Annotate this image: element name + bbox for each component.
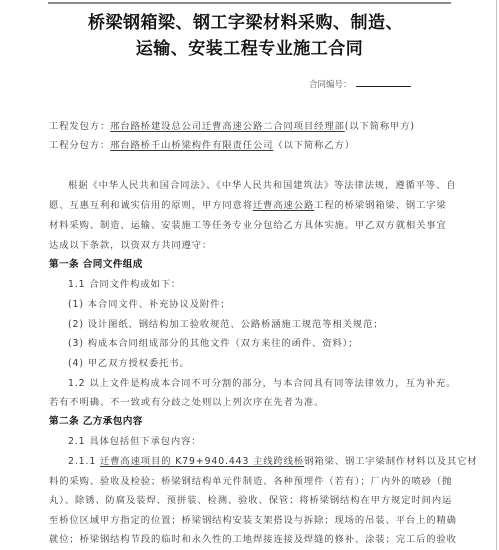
page-right-edge xyxy=(496,0,497,550)
clause-1-2-line-1: 1.2 以上文件是构成本合同不可分割的部分，与本合同具有同等法律效力，互为补充。 xyxy=(68,375,456,389)
contract-number-blank xyxy=(356,79,411,87)
clause-2-1: 2.1 具体包括但下承包内容： xyxy=(68,433,202,447)
preamble-line-1: 根据《中华人民共和国合同法》、《中华人民共和国建筑法》等法律法规，遵循平等、自 xyxy=(68,177,456,191)
article-1-heading: 第一条 合同文件组成 xyxy=(49,256,143,270)
clause-2-1-1-line-5: 就位；桥梁钢结构节段的临时和永久性的工地焊接连接及焊缝的修补、涂装；完工后的验收 xyxy=(49,531,457,545)
project-section: 迁曹高速项目的 K79+940.443 主线跨线桥 xyxy=(100,456,304,467)
preamble-line-4: 达成以下条款，以资双方共同遵守： xyxy=(49,237,212,251)
clause-2-1-1-line-4: 至桥位区域甲方指定的位置；桥梁钢结构安装支架搭设与拆除；现场的吊装、平台上的精确 xyxy=(49,512,457,526)
employer-line: 工程发包方：邢台路桥建设总公司迁曹高速公路二合同项目经理部(以下简称甲方) xyxy=(49,118,415,132)
clause-1-1-item-3: (3) 构成本合同组成部分的其他文件（双方来往的函件、资料）； xyxy=(68,335,358,349)
preamble-text: 愿、互惠互利和诚实信用的原则，甲方同意将 xyxy=(49,200,253,211)
clause-1-1-item-4: (4) 甲乙双方授权委托书。 xyxy=(68,355,190,369)
page-top-border xyxy=(48,2,451,4)
project-name: 迁曹高速公路 xyxy=(253,200,314,211)
document-title-line-1: 桥梁钢箱梁、钢工字梁材料采购、制造、 xyxy=(0,8,495,33)
clause-1-2-line-2: 若有不明确、不一致或有分歧之处则以上列次序在先者为准。 xyxy=(49,394,324,408)
document-title-line-2: 运输、安装工程专业施工合同 xyxy=(0,34,499,59)
contract-number: 合同编号： xyxy=(309,78,411,90)
employer-suffix: (以下简称甲方) xyxy=(345,121,415,132)
preamble-line-2: 愿、互惠互利和诚实信用的原则，甲方同意将迁曹高速公路工程的桥梁钢箱梁、钢工字梁 xyxy=(49,197,447,211)
contractor-suffix: （以下简称乙方） xyxy=(273,140,355,151)
clause-2-1-1-line-2: 料的采购、验收及检验；桥梁钢结构单元件制造、各种预埋件（若有）；厂内外的喷砂（抛 xyxy=(49,473,452,487)
contractor-label: 工程分包方： xyxy=(49,140,110,151)
document-page: 桥梁钢箱梁、钢工字梁材料采购、制造、 运输、安装工程专业施工合同 合同编号： 工… xyxy=(0,0,499,550)
preamble-text: 工程的桥梁钢箱梁、钢工字梁 xyxy=(314,200,447,211)
clause-1-1: 1.1 合同文件构成如下： xyxy=(68,276,181,290)
clause-2-1-1-line-1: 2.1.1 迁曹高速项目的 K79+940.443 主线跨线桥钢箱梁、钢工字梁制… xyxy=(68,453,478,467)
contract-number-label: 合同编号： xyxy=(309,80,352,90)
clause-2-1-1-line-3: 丸）、除锈、防腐及装焊、预拼装、检测、验收、保管；将桥梁钢结构在甲方规定时间内运 xyxy=(49,492,452,506)
contractor-name: 邢台路桥千山桥梁构件有限责任公司 xyxy=(110,140,273,151)
clause-1-1-item-1: (1) 本合同文件、补充协议及附件； xyxy=(68,296,230,310)
employer-label: 工程发包方： xyxy=(49,121,110,132)
employer-name: 邢台路桥建设总公司迁曹高速公路二合同项目经理部 xyxy=(110,121,345,132)
clause-1-1-item-2: (2) 设计图纸、钢结构加工验收规范、公路桥涵施工规范等相关规范； xyxy=(68,316,383,330)
contractor-line: 工程分包方：邢台路桥千山桥梁构件有限责任公司（以下简称乙方） xyxy=(49,137,355,151)
clause-text: 钢箱梁、钢工字梁制作材料以及其它材 xyxy=(304,456,477,467)
preamble-line-3: 材料采购、制造、运输、安装施工等任务专业分包给乙方具体实施。甲乙双方就相关事宜 xyxy=(49,217,447,231)
article-2-heading: 第二条 乙方承包内容 xyxy=(49,413,143,427)
clause-number: 2.1.1 xyxy=(68,456,100,467)
